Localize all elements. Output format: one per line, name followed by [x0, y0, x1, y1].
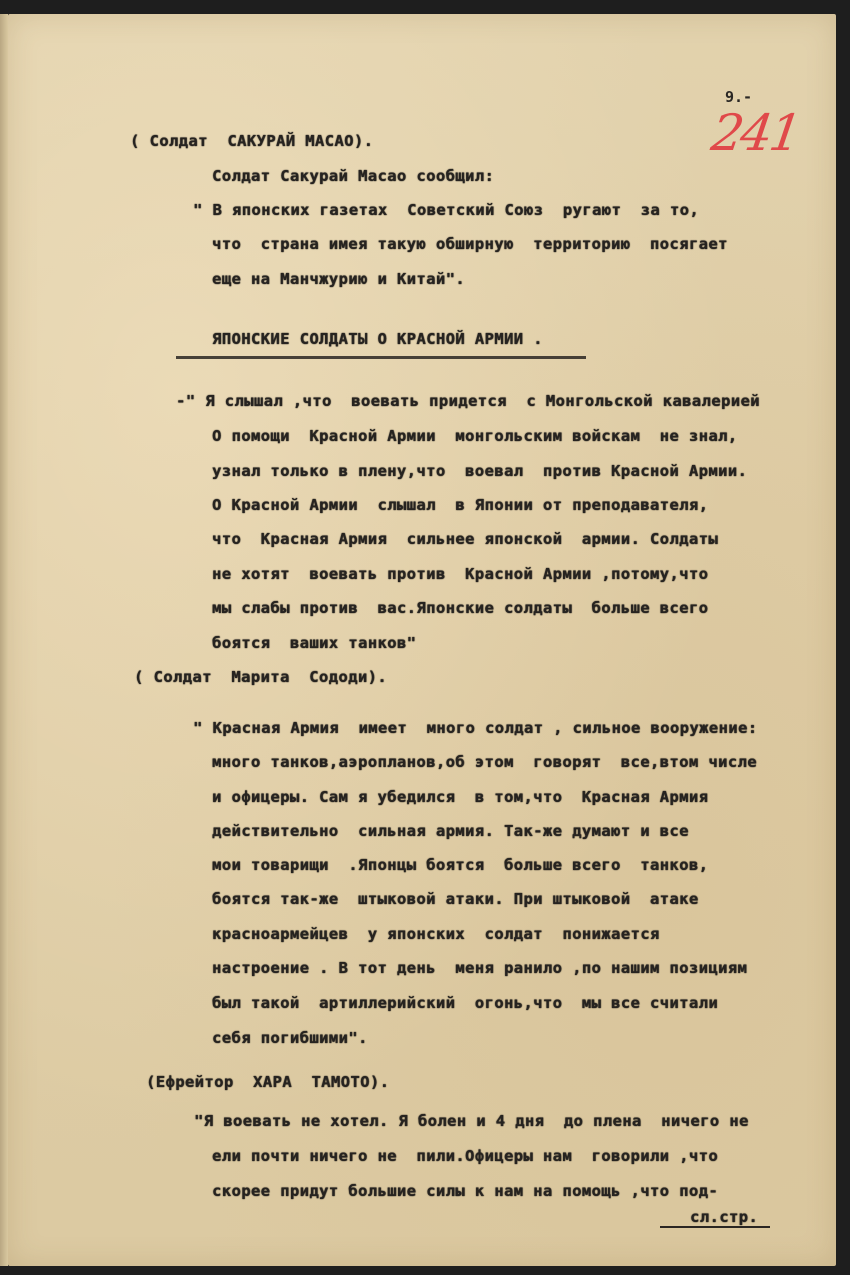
speaker-heading-3: (Ефрейтор ХАРА ТАМОТО).	[146, 1073, 389, 1091]
quote3-line-6: боятся так-же штыковой атаки. При штыков…	[212, 890, 699, 908]
section-title-underline	[176, 356, 586, 359]
quote3-line-10: себя погибшими".	[212, 1029, 368, 1047]
quote2-line-2: О помощи Красной Армии монгольским войск…	[212, 427, 738, 445]
quote2-line-7: мы слабы против вас.Японские солдаты бол…	[212, 599, 708, 617]
quote3-line-7: красноармейцев у японских солдат понижае…	[212, 925, 660, 943]
speaker-heading-1: ( Солдат САКУРАЙ МАСАО).	[130, 132, 373, 150]
quote3-line-1: " Красная Армия имеет много солдат , сил…	[193, 719, 757, 737]
quote4-line-3: скорее придут большие силы к нам на помо…	[212, 1182, 718, 1200]
quote3-line-4: действительно сильная армия. Так-же дума…	[212, 822, 689, 840]
quote2-line-3: узнал только в плену,что воевал против К…	[212, 462, 747, 480]
quote3-line-2: много танков,аэропланов,об этом говорят …	[212, 753, 757, 771]
quote3-line-8: настроение . В тот день меня ранило ,по …	[212, 959, 747, 977]
continuation-underline	[660, 1226, 770, 1228]
quote2-line-8: боятся ваших танков"	[212, 634, 416, 652]
speaker-heading-2: ( Солдат Марита Сододи).	[134, 668, 387, 686]
quote2-line-5: что Красная Армия сильнее японской армии…	[212, 530, 718, 548]
quote2-line-1: -" Я слышал ,что воевать придется с Монг…	[176, 392, 760, 410]
quote2-line-6: не хотят воевать против Красной Армии ,п…	[212, 565, 708, 583]
archive-stamp-number: 241	[708, 104, 803, 162]
quote4-line-1: "Я воевать не хотел. Я болен и 4 дня до …	[194, 1112, 749, 1130]
section-title: ЯПОНСКИЕ СОЛДАТЫ О КРАСНОЙ АРМИИ .	[212, 330, 543, 348]
quote3-line-9: был такой артиллерийский огонь,что мы вс…	[212, 994, 718, 1012]
quote4-line-2: ели почти ничего не пили.Офицеры нам гов…	[212, 1147, 718, 1165]
continued-next-page: сл.стр.	[690, 1208, 758, 1226]
quote1-line-3: еще на Манчжурию и Китай".	[212, 270, 465, 288]
quote2-line-4: О Красной Армии слышал в Японии от препо…	[212, 496, 708, 514]
quote1-line-2: что страна имея такую обширную территори…	[212, 235, 728, 253]
paper-left-edge	[0, 14, 8, 1266]
quote3-line-3: и офицеры. Сам я убедился в том,что Крас…	[212, 788, 708, 806]
quote3-line-5: мои товарищи .Японцы боятся больше всего…	[212, 856, 708, 874]
intro-line: Солдат Сакурай Масао сообщил:	[212, 167, 494, 185]
quote1-line-1: " В японских газетах Советский Союз руга…	[193, 201, 699, 219]
